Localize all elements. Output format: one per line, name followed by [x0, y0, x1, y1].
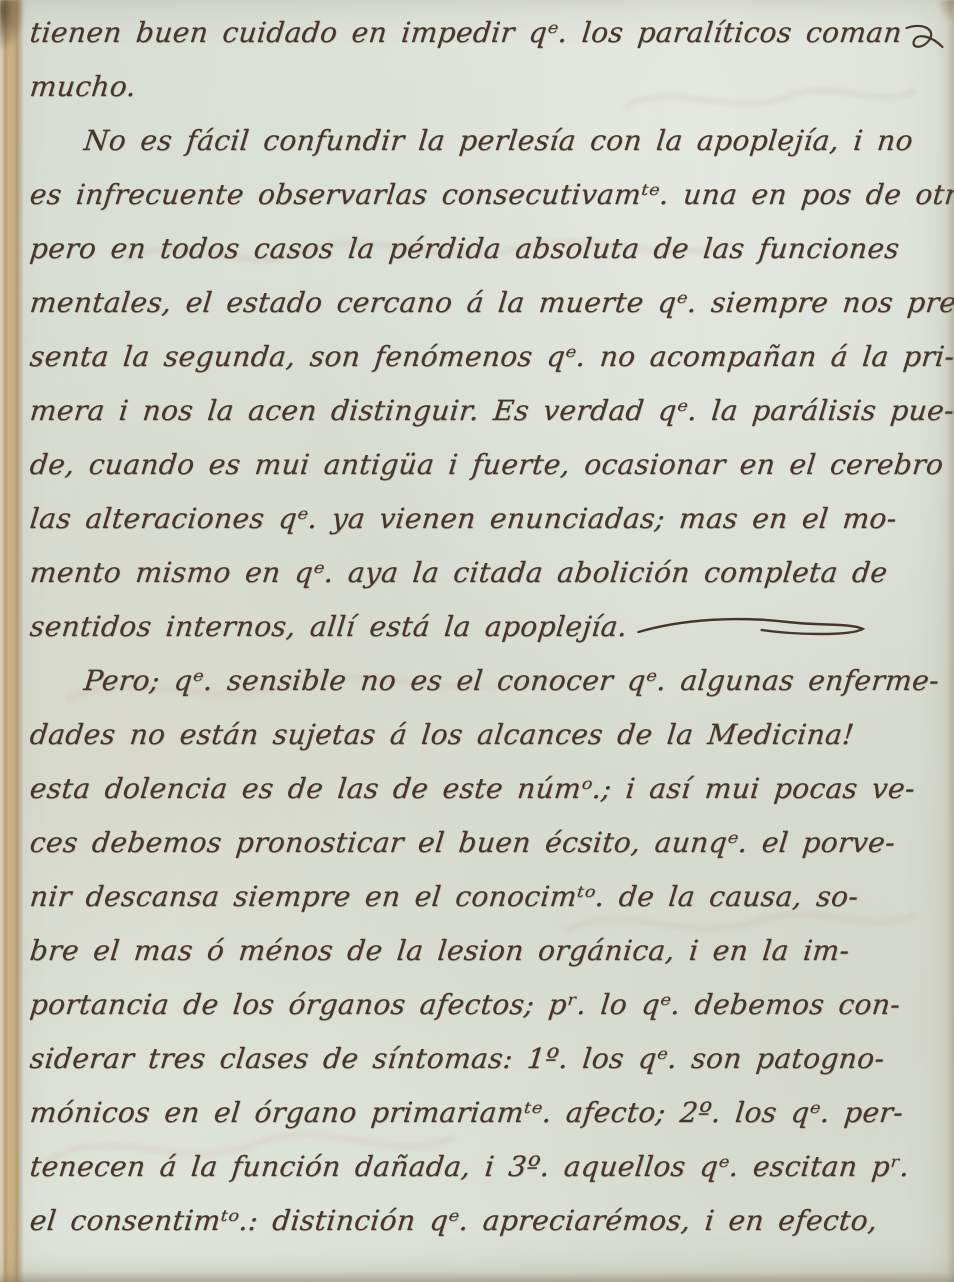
manuscript-line-text: portancia de los órganos afectos; pʳ. lo…	[28, 988, 902, 1021]
manuscript-line: el consentimᵗᵒ.: distinción qᵉ. apreciar…	[27, 1194, 905, 1248]
manuscript-page: tienen buen cuidado en impedir qᵉ. los p…	[0, 0, 954, 1282]
manuscript-line-text: pero en todos casos la pérdida absoluta …	[28, 232, 901, 265]
manuscript-line-text: siderar tres clases de síntomas: 1º. los…	[28, 1042, 886, 1075]
pen-flourish-icon	[636, 614, 869, 640]
manuscript-line: nir descansa siempre en el conocimᵗᵒ. de…	[27, 870, 905, 924]
manuscript-line-text: ces debemos pronosticar el buen écsito, …	[28, 826, 896, 859]
manuscript-text: tienen buen cuidado en impedir qᵉ. los p…	[30, 6, 902, 1248]
manuscript-line-text: bre el mas ó ménos de la lesion orgánica…	[28, 934, 851, 967]
manuscript-line: mentales, el estado cercano á la muerte …	[27, 276, 905, 330]
manuscript-line-text: No es fácil confundir la perlesía con la…	[82, 124, 914, 157]
manuscript-line-text: mento mismo en qᵉ. aya la citada abolici…	[28, 556, 889, 589]
manuscript-line: mento mismo en qᵉ. aya la citada abolici…	[27, 546, 905, 600]
manuscript-line: tienen buen cuidado en impedir qᵉ. los p…	[27, 6, 905, 60]
manuscript-line: esta dolencia es de las de este númᵒ.; i…	[27, 762, 905, 816]
manuscript-line-text: Pero; qᵉ. sensible no es el conocer qᵉ. …	[82, 664, 941, 697]
manuscript-line: pero en todos casos la pérdida absoluta …	[27, 222, 905, 276]
pen-flourish-icon	[901, 20, 949, 56]
manuscript-line-text: mera i nos la acen distinguir. Es verdad…	[28, 394, 954, 427]
manuscript-line: portancia de los órganos afectos; pʳ. lo…	[27, 978, 905, 1032]
manuscript-line: No es fácil confundir la perlesía con la…	[27, 114, 905, 168]
manuscript-line-text: las alteraciones qᵉ. ya vienen enunciada…	[28, 502, 898, 535]
manuscript-line: bre el mas ó ménos de la lesion orgánica…	[27, 924, 905, 978]
manuscript-line: tenecen á la función dañada, i 3º. aquel…	[27, 1140, 905, 1194]
page-bottom-edge	[0, 1272, 954, 1282]
manuscript-line: dades no están sujetas á los alcances de…	[27, 708, 905, 762]
manuscript-line-text: de, cuando es mui antigüa i fuerte, ocas…	[28, 448, 945, 481]
manuscript-line: Pero; qᵉ. sensible no es el conocer qᵉ. …	[27, 654, 905, 708]
manuscript-line: senta la segunda, son fenómenos qᵉ. no a…	[27, 330, 905, 384]
manuscript-line-text: sentidos internos, allí está la apoplejí…	[28, 610, 629, 643]
manuscript-line-text: mónicos en el órgano primariamᵗᵉ. afecto…	[28, 1096, 905, 1129]
manuscript-line-text: el consentimᵗᵒ.: distinción qᵉ. apreciar…	[28, 1204, 879, 1237]
manuscript-line-text: es infrecuente observarlas consecutivamᵗ…	[28, 178, 954, 211]
manuscript-line-text: nir descansa siempre en el conocimᵗᵒ. de…	[28, 880, 860, 913]
manuscript-line-text: tienen buen cuidado en impedir qᵉ. los p…	[28, 16, 903, 49]
manuscript-line: ces debemos pronosticar el buen écsito, …	[27, 816, 905, 870]
manuscript-line-text: dades no están sujetas á los alcances de…	[28, 718, 855, 751]
manuscript-line: mera i nos la acen distinguir. Es verdad…	[27, 384, 905, 438]
manuscript-line: mónicos en el órgano primariamᵗᵉ. afecto…	[27, 1086, 905, 1140]
manuscript-line-text: senta la segunda, son fenómenos qᵉ. no a…	[28, 340, 954, 373]
manuscript-line-text: esta dolencia es de las de este númᵒ.; i…	[28, 772, 916, 805]
manuscript-line: mucho.	[27, 60, 905, 114]
manuscript-line: es infrecuente observarlas consecutivamᵗ…	[27, 168, 905, 222]
corner-stain	[0, 0, 26, 52]
manuscript-line-text: mentales, el estado cercano á la muerte …	[28, 286, 954, 319]
manuscript-line: las alteraciones qᵉ. ya vienen enunciada…	[27, 492, 905, 546]
manuscript-line: de, cuando es mui antigüa i fuerte, ocas…	[27, 438, 905, 492]
manuscript-line: siderar tres clases de síntomas: 1º. los…	[27, 1032, 905, 1086]
manuscript-line-text: tenecen á la función dañada, i 3º. aquel…	[28, 1150, 911, 1183]
manuscript-line: sentidos internos, allí está la apoplejí…	[27, 600, 905, 654]
binding-edge	[0, 0, 24, 1282]
manuscript-line-text: mucho.	[28, 70, 137, 103]
